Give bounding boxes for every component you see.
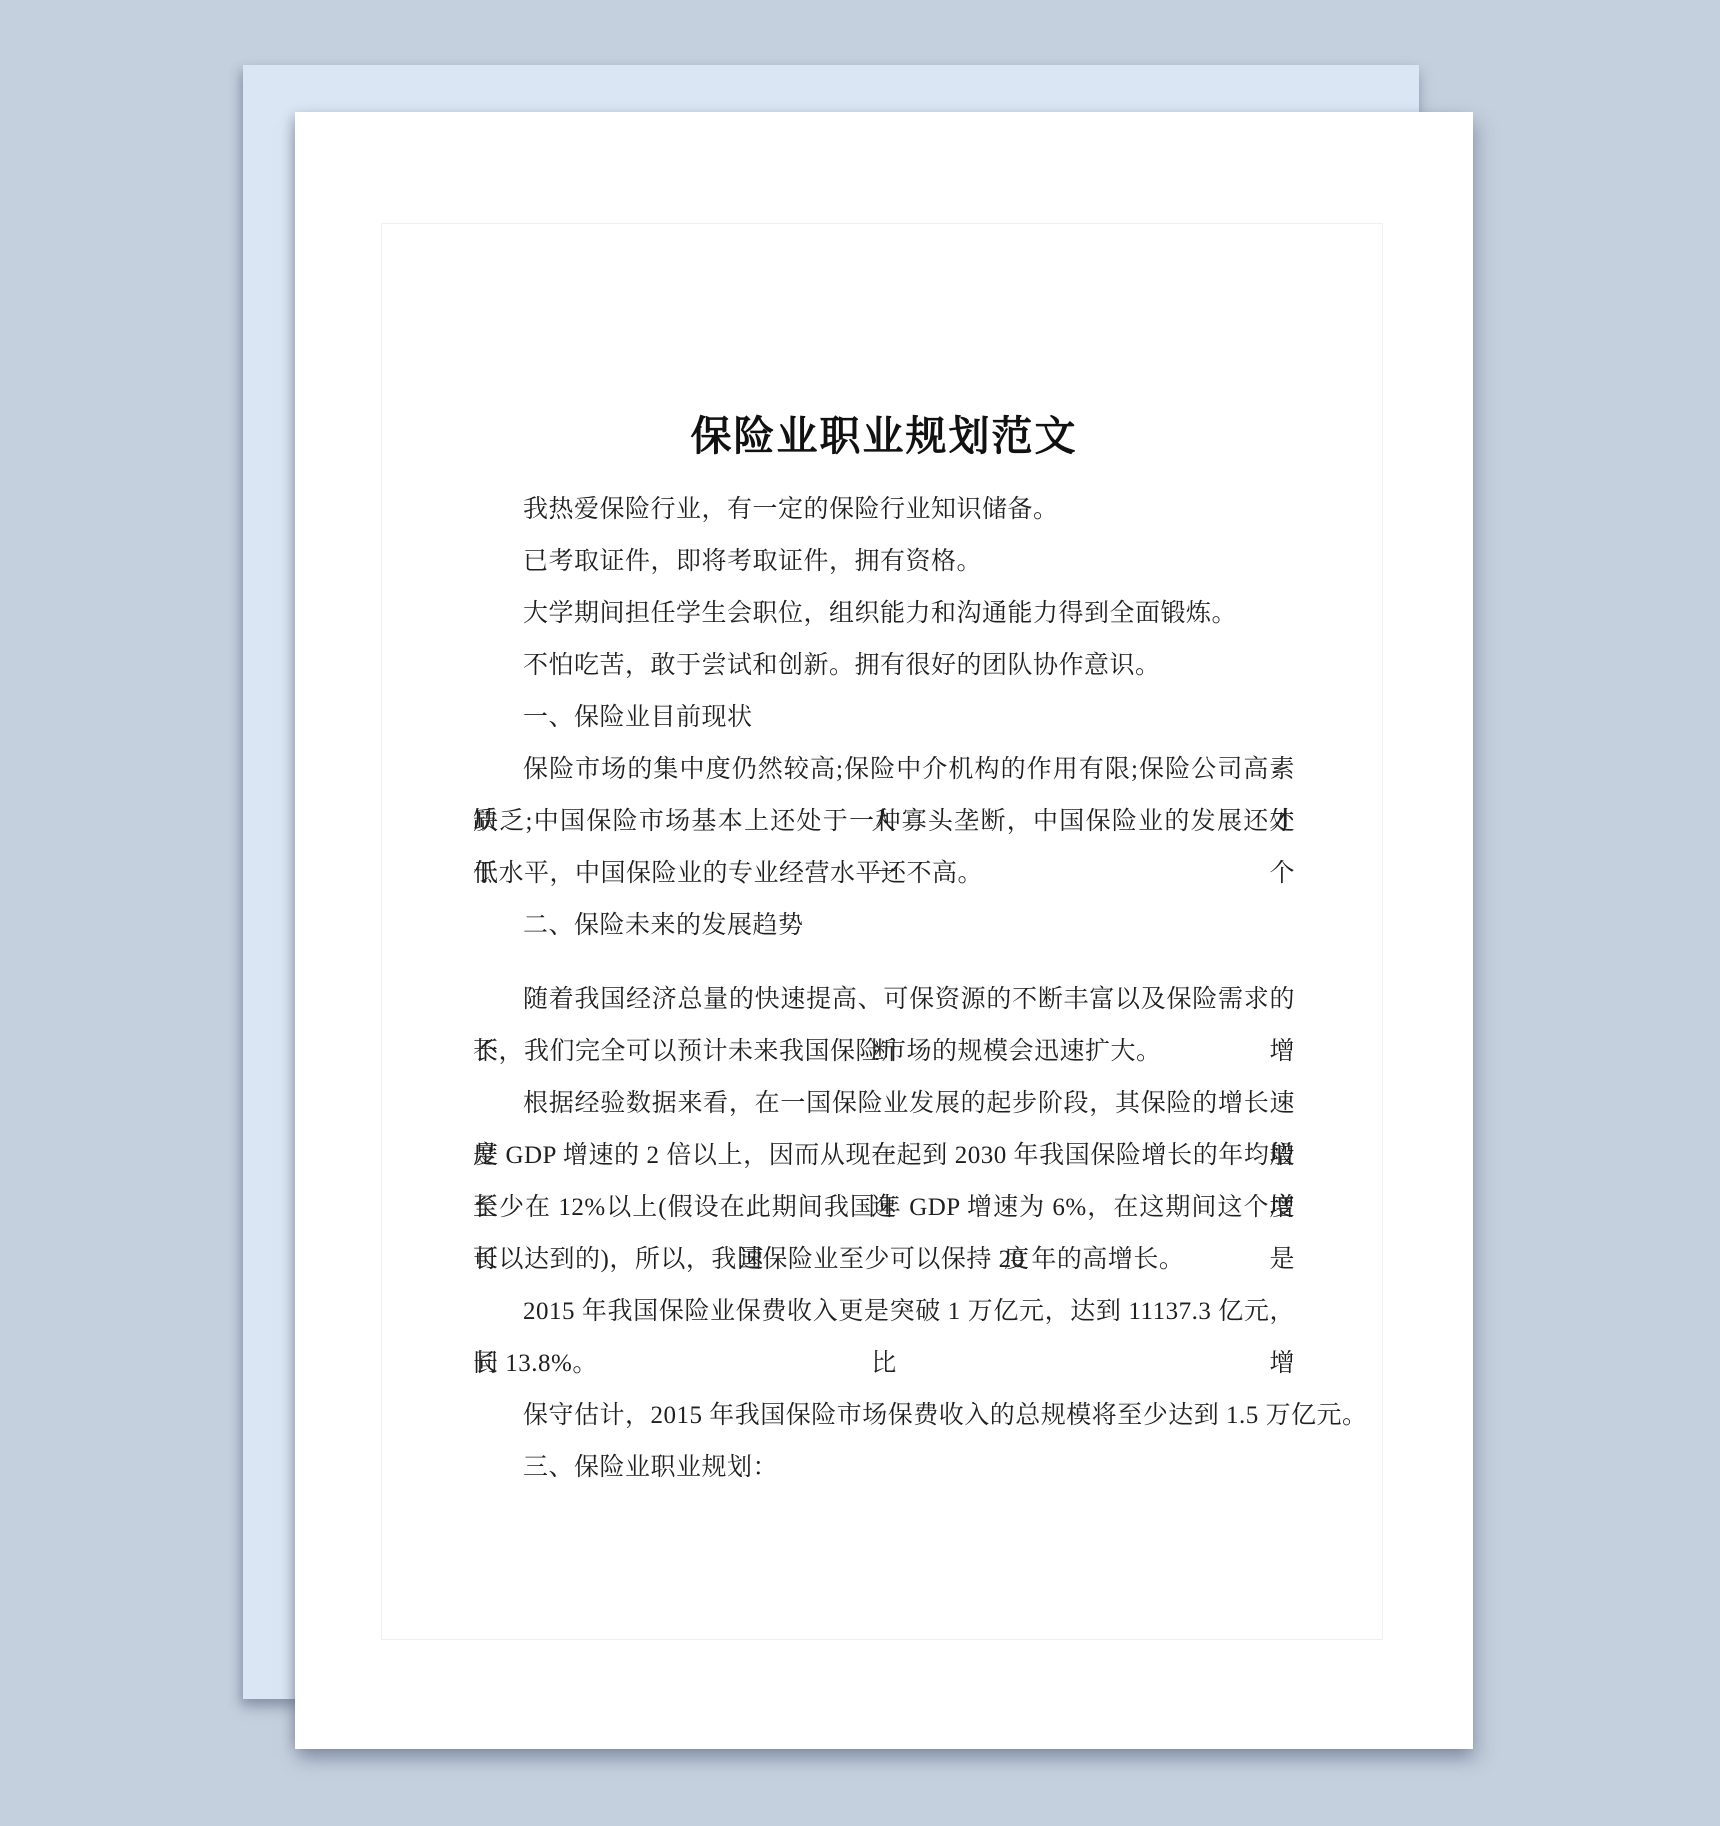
- text-line: 二、保险未来的发展趋势: [473, 900, 1295, 952]
- document-title: 保险业职业规划范文: [473, 412, 1295, 460]
- text-line: 一、保险业目前现状: [473, 692, 1295, 744]
- text-line: 至少在 12%以上(假设在此期间我国年 GDP 增速为 6%，在这期间这个增长速…: [473, 1182, 1295, 1234]
- text-line: 缺乏;中国保险市场基本上还处于一种寡头垄断，中国保险业的发展还处于一个: [473, 796, 1295, 848]
- desktop-background: 保险业职业规划范文 我热爱保险行业，有一定的保险行业知识储备。已考取证件，即将考…: [0, 0, 1720, 1826]
- text-line: 根据经验数据来看，在一国保险业发展的起步阶段，其保险的增长速度一般: [473, 1078, 1295, 1130]
- text-line: 可以达到的)，所以，我国保险业至少可以保持 20 年的高增长。: [473, 1234, 1295, 1286]
- text-line: 是 GDP 增速的 2 倍以上，因而从现在起到 2030 年我国保险增长的年均增…: [473, 1130, 1295, 1182]
- text-line: 已考取证件，即将考取证件，拥有资格。: [473, 536, 1295, 588]
- text-line: 保险市场的集中度仍然较高;保险中介机构的作用有限;保险公司高素质人才: [473, 744, 1295, 796]
- text-line: 我热爱保险行业，有一定的保险行业知识储备。: [473, 484, 1295, 536]
- text-line: 保守估计，2015 年我国保险市场保费收入的总规模将至少达到 1.5 万亿元。: [473, 1390, 1295, 1442]
- text-line: 随着我国经济总量的快速提高、可保资源的不断丰富以及保险需求的不断增: [473, 974, 1295, 1026]
- document-page: 保险业职业规划范文 我热爱保险行业，有一定的保险行业知识储备。已考取证件，即将考…: [295, 112, 1473, 1749]
- text-line: 三、保险业职业规划：: [473, 1442, 1295, 1494]
- text-line: 不怕吃苦，敢于尝试和创新。拥有很好的团队协作意识。: [473, 640, 1295, 692]
- document-body: 我热爱保险行业，有一定的保险行业知识储备。已考取证件，即将考取证件，拥有资格。大…: [473, 484, 1295, 1494]
- text-line: 2015 年我国保险业保费收入更是突破 1 万亿元，达到 11137.3 亿元，…: [473, 1286, 1295, 1338]
- text-line: 大学期间担任学生会职位，组织能力和沟通能力得到全面锻炼。: [473, 588, 1295, 640]
